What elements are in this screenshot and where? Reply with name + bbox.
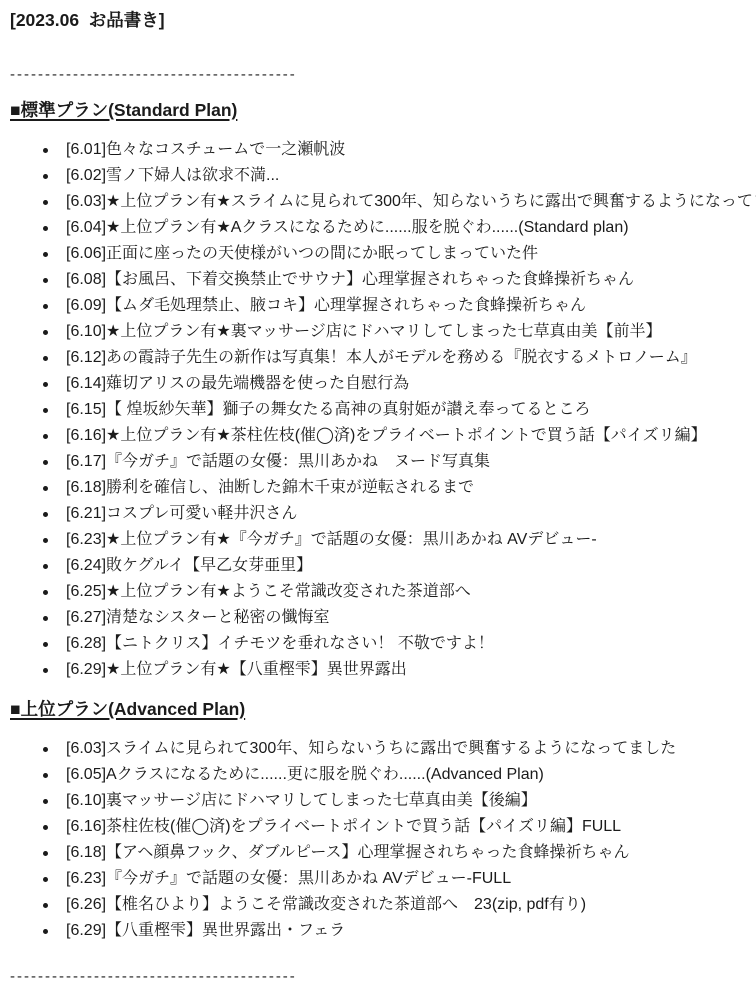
list-item: [6.24]敗ケグルイ【早乙女芽亜里】 [40,553,744,579]
list-item: [6.10]★上位プラン有★裏マッサージ店にドハマリしてしまった七草真由美【前半… [40,319,744,345]
list-item: [6.23]★上位プラン有★『今ガチ』で話題の女優：黒川あかね AVデビュー- [40,527,744,553]
list-item: [6.26]【椎名ひより】ようこそ常識改変された茶道部へ 23(zip, pdf… [40,892,744,918]
section-standard-plan: ■標準プラン(Standard Plan) [6.01]色々なコスチュームで一之… [10,98,744,683]
list-item: [6.29]★上位プラン有★【八重樫雫】異世界露出 [40,657,744,683]
list-item: [6.08]【お風呂、下着交換禁止でサウナ】心理掌握されちゃった食蜂操祈ちゃん [40,267,744,293]
menu-post: [2023.06 お品書き] -------------------------… [0,0,756,1004]
list-item: [6.25]★上位プラン有★ようこそ常識改変された茶道部へ [40,579,744,605]
list-item: [6.17]『今ガチ』で話題の女優：黒川あかね ヌード写真集 [40,449,744,475]
list-item: [6.09]【ムダ毛処理禁止、腋コキ】心理掌握されちゃった食蜂操祈ちゃん [40,293,744,319]
list-item: [6.29]【八重樫雫】異世界露出・フェラ [40,918,744,944]
list-item: [6.04]★上位プラン有★Aクラスになるために......服を脱ぐわ.....… [40,215,744,241]
list-item: [6.16]茶柱佐枝(催◯済)をプライベートポイントで買う話【パイズリ編】FUL… [40,814,744,840]
list-item: [6.18]勝利を確信し、油断した錦木千束が逆転されるまで [40,475,744,501]
advanced-plan-heading: ■上位プラン(Advanced Plan) [10,697,744,721]
standard-plan-heading: ■標準プラン(Standard Plan) [10,98,744,122]
list-item: [6.28]【ニトクリス】イチモツを垂れなさい！ 不敬ですよ！ [40,631,744,657]
list-item: [6.14]薙切アリスの最先端機器を使った自慰行為 [40,371,744,397]
list-item: [6.18]【アヘ顔鼻フック、ダブルピース】心理掌握されちゃった食蜂操祈ちゃん [40,840,744,866]
list-item: [6.05]Aクラスになるために......更に服を脱ぐわ......(Adva… [40,762,744,788]
list-item: [6.06]正面に座ったの天使様がいつの間にか眠ってしまっていた件 [40,241,744,267]
list-item: [6.12]あの霞詩子先生の新作は写真集！本人がモデルを務める『脱衣するメトロノ… [40,345,744,371]
list-item: [6.27]清楚なシスターと秘密の懺悔室 [40,605,744,631]
list-item: [6.03]スライムに見られて300年、知らないうちに露出で興奮するようになって… [40,736,744,762]
list-item: [6.21]コスプレ可愛い軽井沢さん [40,501,744,527]
list-item: [6.16]★上位プラン有★茶柱佐枝(催◯済)をプライベートポイントで買う話【パ… [40,423,744,449]
separator-top: ----------------------------------------… [10,62,744,88]
list-item: [6.02]雪ノ下婦人は欲求不満... [40,163,744,189]
list-item: [6.01]色々なコスチュームで一之瀬帆波 [40,137,744,163]
list-item: [6.15]【 煌坂紗矢華】獅子の舞女たる高神の真射姫が讃え奉ってるところ [40,397,744,423]
advanced-plan-list: [6.03]スライムに見られて300年、知らないうちに露出で興奮するようになって… [10,736,744,944]
separator-bottom: ----------------------------------------… [10,964,744,990]
page-title: [2023.06 お品書き] [10,8,744,32]
list-item: [6.23]『今ガチ』で話題の女優：黒川あかね AVデビュー-FULL [40,866,744,892]
section-advanced-plan: ■上位プラン(Advanced Plan) [6.03]スライムに見られて300… [10,697,744,944]
standard-plan-list: [6.01]色々なコスチュームで一之瀬帆波[6.02]雪ノ下婦人は欲求不満...… [10,137,744,683]
list-item: [6.03]★上位プラン有★スライムに見られて300年、知らないうちに露出で興奮… [40,189,744,215]
list-item: [6.10]裏マッサージ店にドハマリしてしまった七草真由美【後編】 [40,788,744,814]
